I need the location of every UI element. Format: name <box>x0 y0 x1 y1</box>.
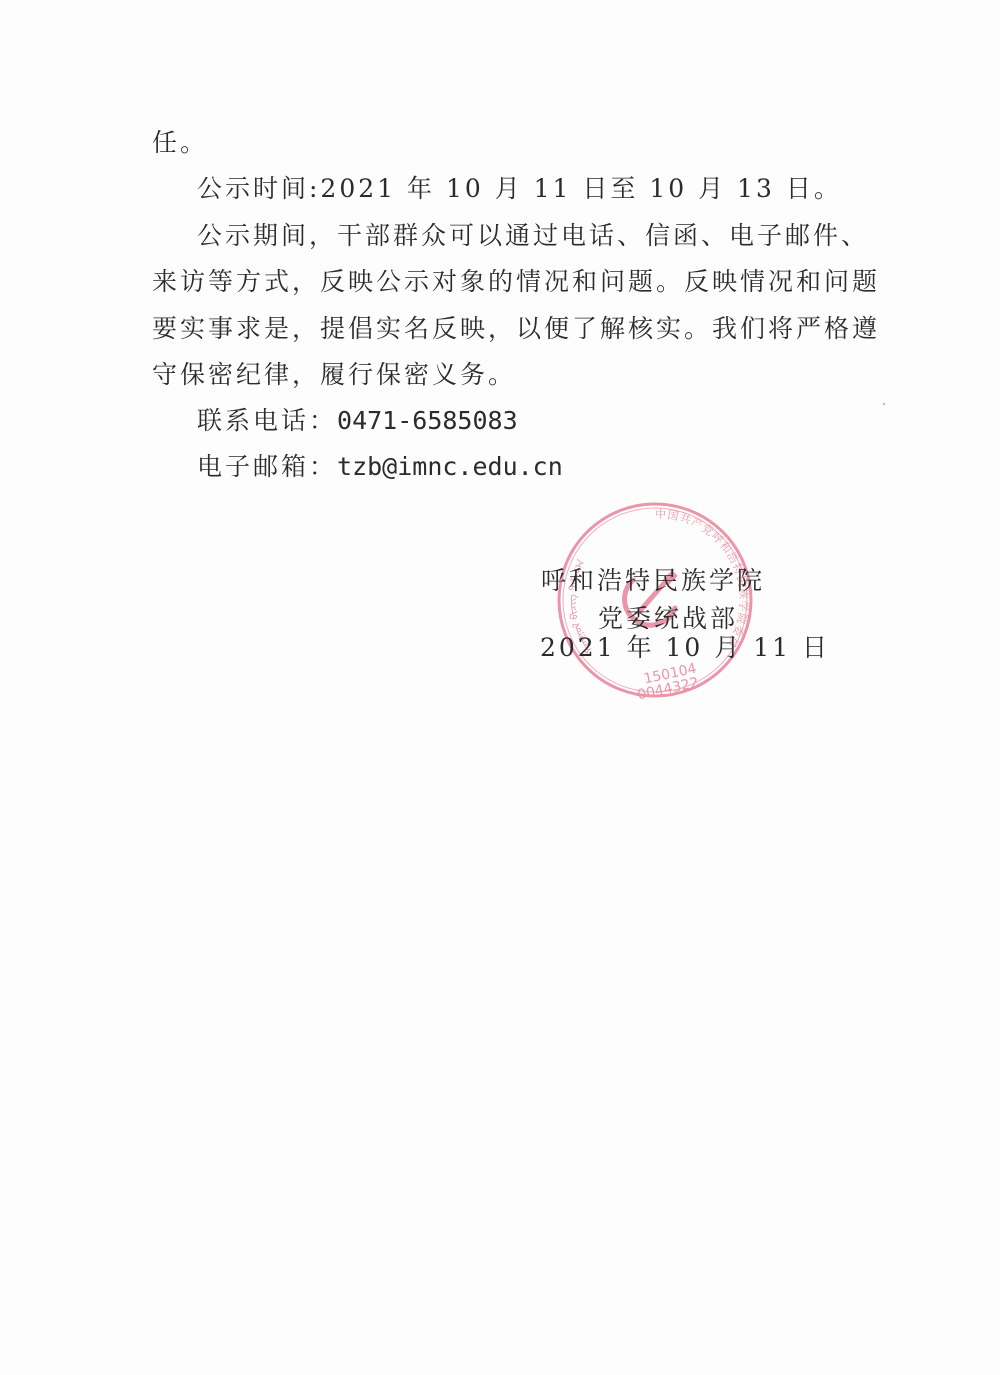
phone-value: 0471-6585083 <box>337 406 518 435</box>
scan-speck <box>883 403 885 405</box>
official-seal-icon: 中国共产党呼和浩特民族学院委员会统战部 ᠮᠣᠩᠭᠣᠯ ᠪᠢᠴᠢᠭ ᠲᠠᠮᠠᠭ᠎ᠠ… <box>553 500 758 700</box>
paragraph-line: 公示期间，干部群众可以通过电话、信函、电子邮件、 <box>197 221 869 251</box>
document-page: 任。 公示时间:2021 年 10 月 11 日至 10 月 13 日。 公示期… <box>0 0 1000 1375</box>
contact-phone: 联系电话：0471-6585083 <box>197 406 518 436</box>
paragraph-line: 要实事求是，提倡实名反映，以便了解核实。我们将严格遵 <box>152 314 880 344</box>
signature-department: 党委统战部 <box>598 604 738 634</box>
phone-label: 联系电话： <box>197 406 337 435</box>
contact-email: 电子邮箱：tzb@imnc.edu.cn <box>197 452 563 482</box>
email-label: 电子邮箱： <box>197 452 337 481</box>
paragraph-line-continuation: 任。 <box>152 128 208 158</box>
publicity-period-line: 公示时间:2021 年 10 月 11 日至 10 月 13 日。 <box>197 174 842 204</box>
paragraph-line: 来访等方式，反映公示对象的情况和问题。反映情况和问题 <box>152 267 880 297</box>
paragraph-line: 守保密纪律，履行保密义务。 <box>152 360 516 390</box>
signature-date: 2021 年 10 月 11 日 <box>540 633 830 663</box>
email-value: tzb@imnc.edu.cn <box>337 452 563 481</box>
signature-organization: 呼和浩特民族学院 <box>541 566 765 596</box>
